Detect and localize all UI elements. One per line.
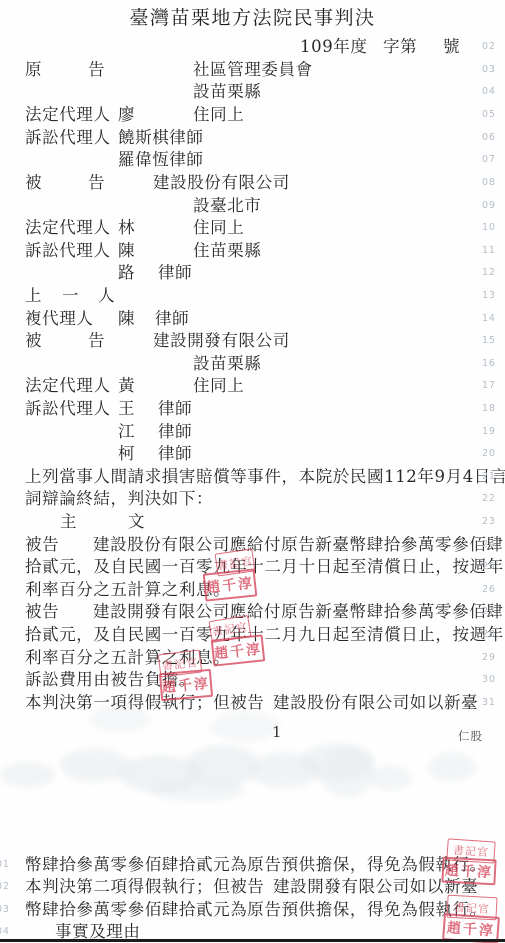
document-line: 路律師12 (0, 263, 505, 285)
line-number: 02 (0, 881, 10, 892)
text-segment: 複代理人 (25, 309, 93, 329)
document-line: 109年度字第號02 (0, 37, 505, 59)
document-line: 江律師19 (0, 422, 505, 444)
document-line: 幣肆拾參萬零參佰肆拾貳元為原告預供擔保，得免為假執行。03 (0, 900, 505, 922)
document-line: 幣肆拾參萬零參佰肆拾貳元為原告預供擔保，得免為假執行。01 (0, 855, 505, 877)
text-segment: 拾貳元，及自民國一百零九年十二月十日起至清償日止，按週年 (25, 557, 504, 577)
line-number: 23 (482, 516, 496, 527)
document-line: 訴訟費用由被告負擔。30 (0, 670, 505, 692)
document-line: 法定代理人黃住同上17 (0, 376, 505, 398)
text-segment: 字第 (383, 37, 417, 57)
text-segment: 人 (98, 286, 115, 306)
line-number: 25 (482, 561, 496, 572)
text-segment: 建設開發有限公司應給付原告新臺幣肆拾參萬零參佰肆 (93, 602, 503, 622)
text-segment: 109年度 (300, 37, 368, 57)
text-segment: 建設股份有限公司如以新臺 (273, 693, 478, 713)
line-number: 24 (482, 539, 496, 550)
text-segment: 建設股份有限公司應給付原告新臺幣肆拾參萬零參佰肆 (93, 535, 503, 555)
document-line: 複代理人陳律師14 (0, 309, 505, 331)
document-line: 上列當事人間請求損害賠償等事件，本院於民國112年9月4日言21 (0, 467, 505, 489)
text-segment: 號 (443, 37, 460, 57)
line-number: 16 (482, 358, 496, 369)
text-segment: 法定代理人 (25, 376, 111, 396)
line-number: 18 (482, 403, 496, 414)
text-segment: 設臺北市 (193, 196, 261, 216)
line-number: 13 (482, 290, 496, 301)
document-line: 訴訟代理人王律師18 (0, 399, 505, 421)
document-line: 本判決第一項得假執行；但被告建設股份有限公司如以新臺31 (0, 693, 505, 715)
document-line: 設臺北市09 (0, 196, 505, 218)
bleedthrough-blob (150, 778, 245, 802)
document-line: 詞辯論終結，判決如下：22 (0, 489, 505, 511)
line-number: 06 (482, 132, 496, 143)
text-segment: 上列當事人間請求損害賠償等事件，本院於民國112年9月4日言 (25, 467, 505, 487)
line-number: 05 (482, 109, 496, 120)
text-segment: 社區管理委員會 (193, 60, 313, 80)
line-number: 29 (482, 652, 496, 663)
text-segment: 律師 (158, 399, 192, 419)
document-line: 原告社區管理委員會03 (0, 60, 505, 82)
text-segment: 告 (88, 173, 105, 193)
text-segment: 法定代理人 (25, 218, 111, 238)
division-label: 仁股 (458, 728, 483, 744)
line-number: 04 (482, 86, 496, 97)
bleedthrough-blob (320, 748, 375, 798)
line-number: 20 (482, 448, 496, 459)
bleedthrough-blob (210, 712, 280, 742)
text-segment: 本判決第一項得假執行；但被告 (25, 693, 264, 713)
text-segment: 律師 (158, 422, 192, 442)
line-number: 11 (482, 245, 496, 256)
text-segment: 建設開發有限公司 (153, 331, 290, 351)
text-segment: 拾貳元，及自民國一百零九年十二月九日起至清償日止，按週年 (25, 625, 504, 645)
page-number: 1 (272, 723, 282, 741)
text-segment: 被 (25, 173, 42, 193)
line-number: 15 (482, 335, 496, 346)
text-segment: 文 (128, 512, 145, 532)
text-segment: 設苗栗縣 (193, 354, 261, 374)
clerk-name-stamp: 趙千淳 (203, 568, 258, 601)
line-number: 10 (482, 222, 496, 233)
document-line: 法定代理人林住同上10 (0, 218, 505, 240)
line-number: 17 (482, 380, 496, 391)
text-segment: 建設股份有限公司 (153, 173, 290, 193)
text-segment: 上 (25, 286, 42, 306)
document-line: 訴訟代理人陳住苗栗縣11 (0, 241, 505, 263)
line-number: 28 (482, 629, 496, 640)
text-segment: 幣肆拾參萬零參佰肆拾貳元為原告預供擔保，得免為假執行。 (25, 855, 487, 875)
text-segment: 法定代理人 (25, 105, 111, 125)
text-segment: 廖 (118, 105, 135, 125)
document-line: 設苗栗縣16 (0, 354, 505, 376)
text-segment: 訴訟代理人 (25, 399, 111, 419)
line-number: 27 (482, 606, 496, 617)
text-segment: 詞辯論終結，判決如下： (25, 489, 213, 509)
line-number: 09 (482, 200, 496, 211)
text-segment: 羅偉恆律師 (118, 150, 204, 170)
document-line: 羅偉恆律師07 (0, 150, 505, 172)
line-number: 07 (482, 154, 496, 165)
bleedthrough-blob (0, 762, 55, 788)
text-segment: 住同上 (193, 376, 244, 396)
line-number: 30 (482, 674, 496, 685)
text-segment: 住苗栗縣 (193, 241, 261, 261)
text-segment: 住同上 (193, 105, 244, 125)
text-segment: 幣肆拾參萬零參佰肆拾貳元為原告預供擔保，得免為假執行。 (25, 900, 487, 920)
text-segment: 本判決第二項得假執行；但被告 (25, 877, 264, 897)
text-segment: 被告 (25, 535, 59, 555)
clerk-name-stamp: 趙千淳 (159, 669, 213, 701)
text-segment: 一 (62, 286, 79, 306)
text-segment: 黃 (118, 376, 135, 396)
text-segment: 被告 (25, 602, 59, 622)
line-number: 19 (482, 426, 496, 437)
line-number: 03 (482, 64, 496, 75)
line-number: 03 (0, 904, 10, 915)
text-segment: 告 (88, 331, 105, 351)
document-line: 本判決第二項得假執行；但被告建設開發有限公司如以新臺02 (0, 877, 505, 899)
document-line: 被告建設開發有限公司15 (0, 331, 505, 353)
clerk-name-stamp: 趙千淳 (211, 634, 266, 666)
judgment-document-page: 臺灣苗栗地方法院民事判決 109年度字第號02原告社區管理委員會03設苗栗縣04… (0, 0, 505, 943)
text-segment: 律師 (158, 263, 192, 283)
text-segment: 柯 (118, 444, 135, 464)
text-segment: 林 (118, 218, 135, 238)
line-number: 22 (482, 493, 496, 504)
text-segment: 陳 (118, 241, 135, 261)
document-line: 訴訟代理人饒斯棋律師06 (0, 128, 505, 150)
text-segment: 王 (118, 399, 135, 419)
text-segment: 利率百分之五計算之利息。 (25, 580, 230, 600)
line-number: 08 (482, 177, 496, 188)
text-segment: 被 (25, 331, 42, 351)
document-line: 上一人13 (0, 286, 505, 308)
text-segment: 設苗栗縣 (193, 82, 261, 102)
document-line: 法定代理人廖住同上05 (0, 105, 505, 127)
bleedthrough-blob (428, 752, 476, 782)
text-segment: 江 (118, 422, 135, 442)
text-segment: 律師 (155, 309, 189, 329)
line-number: 26 (482, 584, 496, 595)
line-number: 02 (482, 41, 496, 52)
document-line: 被告建設開發有限公司應給付原告新臺幣肆拾參萬零參佰肆27 (0, 602, 505, 624)
text-segment: 陳 (118, 309, 135, 329)
document-title: 臺灣苗栗地方法院民事判決 (0, 3, 505, 30)
text-segment: 訴訟代理人 (25, 241, 111, 261)
line-number: 31 (482, 697, 496, 708)
text-segment: 訴訟代理人 (25, 128, 111, 148)
document-line: 設苗栗縣04 (0, 82, 505, 104)
text-segment: 路 (118, 263, 135, 283)
clerk-name-stamp: 趙千淳 (441, 857, 496, 886)
bottom-scan-edge-rule (0, 939, 505, 942)
text-segment: 主 (60, 512, 77, 532)
document-line: 被告建設股份有限公司08 (0, 173, 505, 195)
line-number: 12 (482, 267, 496, 278)
text-segment: 住同上 (193, 218, 244, 238)
line-number: 21 (482, 471, 496, 482)
document-line: 柯律師20 (0, 444, 505, 466)
line-number: 04 (0, 926, 10, 937)
document-line: 主文23 (0, 512, 505, 534)
text-segment: 原 (25, 60, 42, 80)
line-number: 01 (0, 859, 10, 870)
text-segment: 饒斯棋律師 (118, 128, 204, 148)
line-number: 14 (482, 313, 496, 324)
text-segment: 告 (88, 60, 105, 80)
text-segment: 律師 (158, 444, 192, 464)
